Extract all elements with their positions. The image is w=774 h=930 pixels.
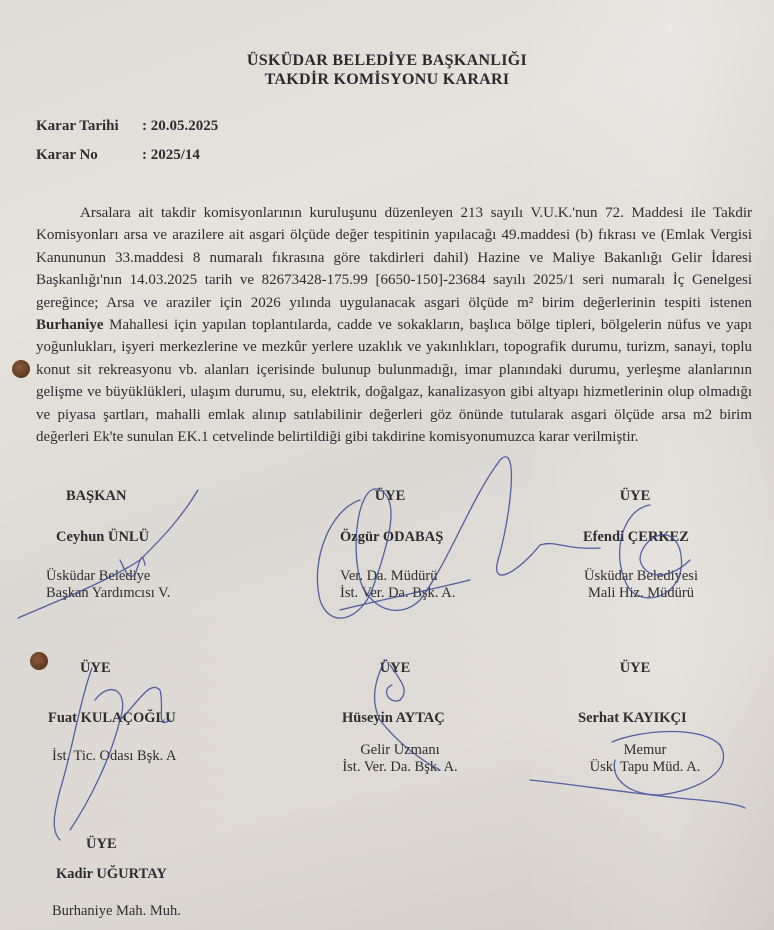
signatory-member-4-role: ÜYE [80, 660, 111, 677]
signatory-member-5-name: Hüseyin AYTAÇ [342, 710, 445, 727]
signatory-member-7-name: Kadir UĞURTAY [56, 866, 167, 883]
decision-number-label: Karar No [36, 147, 142, 164]
position-line: Üsküdar Belediyesi [568, 568, 714, 585]
document-page: ÜSKÜDAR BELEDİYE BAŞKANLIĞI TAKDİR KOMİS… [0, 0, 774, 930]
signatory-name: Kadir UĞURTAY [56, 866, 167, 883]
signatory-member-4-position: İst. Tic. Odası Bşk. A [52, 748, 177, 765]
signatory-role: BAŞKAN [66, 488, 126, 505]
decision-date: Karar Tarihi: 20.05.2025 [36, 118, 218, 135]
decision-date-label: Karar Tarihi [36, 118, 142, 135]
position-line: Memur [570, 742, 720, 759]
signatory-name: Hüseyin AYTAÇ [342, 710, 445, 727]
signatory-name: Fuat KULAÇOĞLU [48, 710, 176, 727]
signatory-role: ÜYE [80, 660, 111, 677]
signatory-member-6-role: ÜYE [605, 660, 665, 677]
signatory-member-7-role: ÜYE [86, 836, 117, 853]
position-line: Üsk. Tapu Müd. A. [570, 759, 720, 776]
signatory-member-2-name: Özgür ODABAŞ [340, 529, 443, 546]
handwritten-signatures [0, 0, 774, 930]
position-line: Başkan Yardımcısı V. [46, 585, 170, 602]
signatory-member-6-name: Serhat KAYIKÇI [578, 710, 687, 727]
signatory-member-3-role: ÜYE [605, 488, 665, 505]
body-part-1: Arsalara ait takdir komisyonlarının kuru… [36, 205, 752, 311]
signatory-chairman: BAŞKAN [66, 488, 126, 505]
signatory-member-3-name: Efendi ÇERKEZ [583, 529, 689, 546]
header-line-2: TAKDİR KOMİSYONU KARARI [0, 71, 774, 89]
signatory-name: Efendi ÇERKEZ [583, 529, 689, 546]
signatory-member-2-role: ÜYE [340, 488, 440, 505]
signatory-member-5-role: ÜYE [370, 660, 420, 677]
signatory-role: ÜYE [605, 660, 665, 677]
signatory-name: Özgür ODABAŞ [340, 529, 443, 546]
decision-body: Arsalara ait takdir komisyonlarının kuru… [36, 202, 752, 448]
signatory-role: ÜYE [605, 488, 665, 505]
signatory-name: Ceyhun ÜNLÜ [56, 529, 149, 546]
position-line: Ver. Da. Müdürü [340, 568, 455, 585]
signatory-member-7-position: Burhaniye Mah. Muh. [52, 903, 181, 920]
position-line: İst. Ver. Da. Bşk. A. [320, 759, 480, 776]
position-line: Üsküdar Belediye [46, 568, 170, 585]
signatory-member-6-position: Memur Üsk. Tapu Müd. A. [570, 742, 720, 776]
signatory-chairman-position: Üsküdar Belediye Başkan Yardımcısı V. [46, 568, 170, 602]
signatory-member-2-position: Ver. Da. Müdürü İst. Ver. Da. Bşk. A. [340, 568, 455, 602]
signatory-name: Serhat KAYIKÇI [578, 710, 687, 727]
signatory-member-3-position: Üsküdar Belediyesi Mali Hiz. Müdürü [568, 568, 714, 602]
decision-number: Karar No: 2025/14 [36, 147, 200, 164]
decision-number-value: : 2025/14 [142, 147, 200, 163]
decision-date-value: : 20.05.2025 [142, 118, 218, 134]
signatory-member-5-position: Gelir Uzmanı İst. Ver. Da. Bşk. A. [320, 742, 480, 776]
signatory-chairman-name: Ceyhun ÜNLÜ [56, 529, 149, 546]
neighborhood-name: Burhaniye [36, 317, 104, 333]
position-line: Gelir Uzmanı [320, 742, 480, 759]
position-line: Mali Hiz. Müdürü [568, 585, 714, 602]
position-line: Burhaniye Mah. Muh. [52, 903, 181, 920]
position-line: İst. Ver. Da. Bşk. A. [340, 585, 455, 602]
signatory-role: ÜYE [370, 660, 420, 677]
body-part-2: Mahallesi için yapılan toplantılarda, ca… [36, 317, 752, 445]
header-line-1: ÜSKÜDAR BELEDİYE BAŞKANLIĞI [0, 52, 774, 70]
signatory-role: ÜYE [340, 488, 440, 505]
signatory-member-4-name: Fuat KULAÇOĞLU [48, 710, 176, 727]
punch-hole-icon [30, 652, 48, 670]
signatory-role: ÜYE [86, 836, 117, 853]
punch-hole-icon [12, 360, 30, 378]
position-line: İst. Tic. Odası Bşk. A [52, 748, 177, 765]
